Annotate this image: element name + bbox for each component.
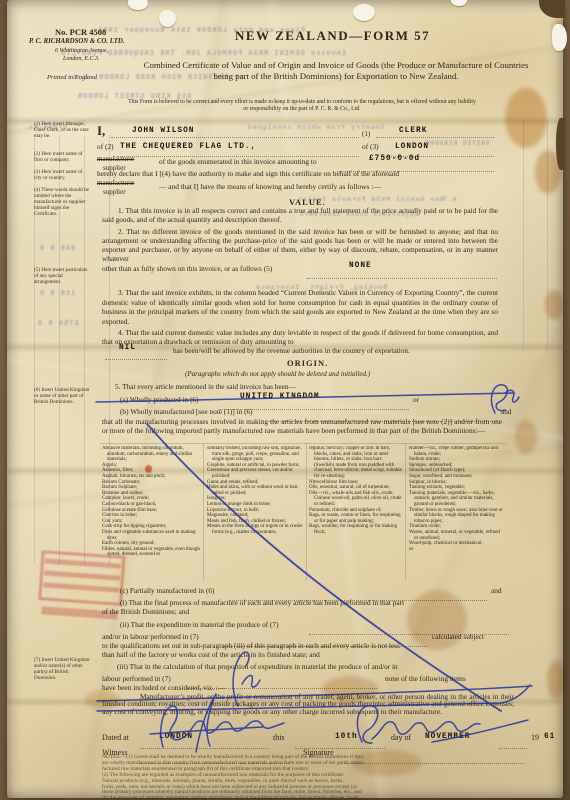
value-paragraph-2-tail: other than as fully shown on this invoic… xyxy=(102,264,272,273)
clause-5c-label: (c) Partially manufactured in (6) xyxy=(120,586,214,595)
bleedthrough-rule xyxy=(547,120,548,350)
printed-in-england: Printed in England xyxy=(47,74,97,81)
special-arrangement-none: NONE xyxy=(349,262,372,270)
table-rule-v2 xyxy=(306,443,307,581)
invoice-amount: £750-0-0d xyxy=(369,155,420,163)
dated-place: LONDON xyxy=(159,733,193,741)
list-item: Metals in the form of pigs or ingots or … xyxy=(207,524,303,535)
margin-note-7: (7) Insert United Kingdom and/or name(s)… xyxy=(34,658,91,682)
form-disclaimer-line2: or responsibility on the part of P. C. R… xyxy=(67,106,537,113)
clause-5a-country: UNITED KINGDOM xyxy=(240,393,320,401)
materials-column-2: similarly treated, including raw silk, o… xyxy=(207,446,303,582)
printer-name: P. C. RICHARDSON & CO. LTD. xyxy=(29,38,125,45)
list-item: Timber, hewn or rough sawn; also brier-r… xyxy=(409,508,505,525)
blank-line xyxy=(140,741,268,749)
sub-ii-line4: to the qualifications set out in sub-par… xyxy=(102,641,400,650)
list-item: Tanning materials, vegetable —viz., bark… xyxy=(409,491,505,508)
table-rule-top xyxy=(100,443,507,444)
sub-ii-line5: than half of the factory or works cost o… xyxy=(102,650,320,659)
list-item: Oils—viz., whale-oils and fish oils, cru… xyxy=(309,491,402,508)
value-paragraph-4-tail: has been/will be allowed by the revenue … xyxy=(173,346,410,355)
torn-paper-bit xyxy=(128,0,148,10)
list-item: Waxes, animal, mineral, or vegetable, re… xyxy=(409,530,505,541)
torn-paper-bit xyxy=(353,4,375,21)
bleedthrough-text: £750 0 0 xyxy=(37,320,79,328)
sub-iii-line3: none of the following items xyxy=(385,674,466,683)
origin-note: (Paragraphs which do not apply should be… xyxy=(185,370,370,378)
list-item: (b) the processes of cleaning, separatin… xyxy=(102,796,522,800)
form-paper: Place and date LONDON 16th November 1961… xyxy=(7,0,563,798)
materials-column-3: regulus; mercury; copper or zinc in bars… xyxy=(309,446,402,582)
blank-line xyxy=(105,352,167,360)
list-item: regulus; mercury; copper or zinc in bars… xyxy=(309,446,402,480)
clause-5b-label: (b) Wholly manufactured [see note (1)] i… xyxy=(120,407,253,416)
bleedthrough-rule xyxy=(523,120,524,350)
list-item: Rags, woollen, for respinning or for mak… xyxy=(309,524,402,535)
ref-1: (1) xyxy=(362,130,370,138)
stain xyxy=(547,660,565,700)
city-name: LONDON xyxy=(395,143,429,151)
sub-ii-line3: calculated subject xyxy=(432,632,484,641)
value-paragraph-2: 2. That no different invoice of the good… xyxy=(102,227,498,263)
blank-line xyxy=(307,271,497,279)
bleedthrough-text: 110 0 0 xyxy=(39,290,75,298)
margin-note-5: (5) Here insert particulars of any speci… xyxy=(34,268,91,286)
form-disclaimer-line1: This Form is believed to be correct and … xyxy=(67,99,537,106)
torn-edge-dark xyxy=(556,118,565,170)
value-paragraph-1: 1. That this invoice is in all respects … xyxy=(102,206,498,224)
clause-5a-or: or xyxy=(413,395,419,404)
declaration-line5: — and that I] have the means of knowing … xyxy=(159,182,381,191)
amount-text: of the goods enumerated in this invoice … xyxy=(159,157,317,166)
torn-paper-bit xyxy=(159,10,176,27)
list-item: Dyes and vegetable substances used in ma… xyxy=(102,530,200,541)
value-paragraph-3: 3. That the said invoice exhibits, in th… xyxy=(102,288,498,326)
form-subtitle: Combined Certificate of Value and of Ori… xyxy=(135,60,537,82)
sub-iii-line2: labour performed in (7) xyxy=(102,674,171,683)
stain xyxy=(545,290,563,320)
scanned-form-page: Place and date LONDON 16th November 1961… xyxy=(0,0,570,800)
torn-paper-bit xyxy=(552,24,567,51)
manufacturer-word-struck: manufacturer xyxy=(97,155,134,163)
blank-line xyxy=(499,741,527,749)
list-item: Oils, essential, natural; oil of turpent… xyxy=(309,485,402,491)
firm-name: THE CHEQUERED FLAG LTD., xyxy=(120,143,256,151)
profit-paragraph: Manufacturer’s profit, or the profit or … xyxy=(102,693,514,715)
declarant-occupation: CLERK xyxy=(399,127,427,135)
list-item: or xyxy=(409,547,505,553)
printer-address-1: 6 Whittington Avenue, xyxy=(55,48,108,54)
declaration-line4: hereby declare that I [(4) have the auth… xyxy=(97,169,399,178)
sub-i-line1: (i) That the final process of manufactur… xyxy=(120,598,404,607)
stain xyxy=(515,420,537,454)
torn-paper-bit xyxy=(451,0,467,6)
materials-column-1: Abrasive materials, including corundum, … xyxy=(102,446,200,582)
day-of-label: day of xyxy=(391,733,411,742)
origin-heading: ORIGIN. xyxy=(287,358,328,368)
sub-i-line2: of the British Dominions; and xyxy=(102,607,189,616)
stain xyxy=(552,22,566,36)
table-rule-v3 xyxy=(405,443,406,581)
declarant-i: I, xyxy=(97,123,105,139)
table-rule-v1 xyxy=(203,443,204,581)
manufacturer-word-struck: manufacturer xyxy=(97,179,134,187)
stain xyxy=(535,150,561,194)
sub-ii-line2: and/or in labour performed in (7) xyxy=(102,632,199,641)
list-item: Hides and skins, with or without wool or… xyxy=(207,485,303,496)
dated-month: NOVEMBER xyxy=(425,733,470,741)
stain xyxy=(505,88,547,148)
dated-at-label: Dated at xyxy=(102,733,129,742)
sub-iii-line4: have been included or considered, viz. :… xyxy=(102,683,225,692)
list-item: Abrasive materials, including corundum, … xyxy=(102,446,200,463)
bleedthrough-text: A.T. xyxy=(437,196,457,203)
bleedthrough-text: UNITED KINGDOM xyxy=(425,140,489,147)
clause-5b-and: and xyxy=(501,407,512,416)
list-item: Rags, or waste, cotton or linen, for res… xyxy=(309,513,402,524)
margin-note-4: (4) These words should be omitted where … xyxy=(34,188,91,218)
form-title: NEW ZEALAND—FORM 57 xyxy=(235,28,430,44)
notes-paragraph: NOTES.—(1) Goods shall be deemed to be w… xyxy=(102,755,522,800)
of-2-label: of (2) xyxy=(97,142,114,151)
list-item: Fibres, natural, animal or vegetable, ev… xyxy=(102,547,200,558)
margin-note-1: (1) Here insert Manager, Chief Clerk, or… xyxy=(34,122,91,140)
drawback-nil: NIL xyxy=(119,344,136,352)
clause-5c-and: and xyxy=(491,586,502,595)
list-item: Rubber—viz., crepe rubber; guttapercha a… xyxy=(409,446,505,457)
clause-5b-paragraph: that all the manufacturing processes inv… xyxy=(102,417,502,435)
bleedthrough-text: 040 0 0 xyxy=(39,245,75,253)
dated-day: 10th xyxy=(335,733,358,741)
year-printed: 19 xyxy=(531,733,539,742)
this-label: this xyxy=(273,733,285,742)
sub-ii-line1: (ii) That the expenditure in material th… xyxy=(120,620,279,629)
printer-address-2: London, E.C.3. xyxy=(63,56,100,62)
list-item: Greenstone and precious stones, cut and/… xyxy=(207,468,303,479)
declarant-name: JOHN WILSON xyxy=(132,127,194,135)
margin-note-2: (2) Here insert name of firm or company. xyxy=(34,152,91,164)
sub-iii-line1: (iii) That in the calculation of that pr… xyxy=(117,662,398,671)
blank-line xyxy=(376,130,494,138)
clause-5a-label: (a) Wholly produced in (6) xyxy=(120,395,198,404)
supplier-word: supplier xyxy=(103,188,126,196)
list-item: similarly treated, including raw silk, o… xyxy=(207,446,303,463)
year-typed: 61 xyxy=(544,733,555,741)
origin-clause-5: 5. That every article mentioned in the s… xyxy=(115,382,296,391)
margin-note-3: (3) Here insert name of city or country. xyxy=(34,170,91,182)
serial-number: No. PCR 4508 xyxy=(55,27,106,37)
materials-column-4: Rubber—viz., crepe rubber; guttapercha a… xyxy=(409,446,505,582)
of-3-label: of (3) xyxy=(362,142,379,151)
value-paragraph-4: 4. That the said current domestic value … xyxy=(102,328,498,346)
torn-edge-dark xyxy=(539,0,565,18)
margin-note-6: (6) Insert United Kingdom or name of oth… xyxy=(34,388,91,406)
